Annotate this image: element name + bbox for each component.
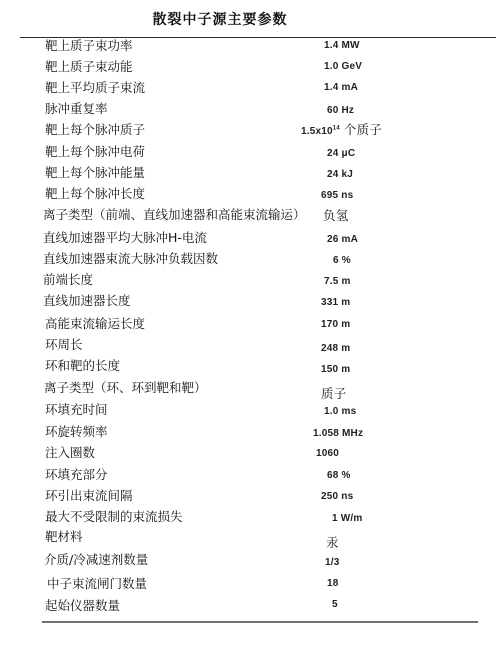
- parameter-value: 250 ns: [321, 487, 353, 507]
- table-row: 环填充时间 1.0 ms: [0, 400, 496, 420]
- table-row: 靶上质子束功率 1.4 MW: [0, 36, 496, 56]
- table-row: 介质/冷减速剂数量 1/3: [0, 550, 496, 570]
- parameter-value-unit: 个质子: [344, 122, 382, 137]
- parameter-value: 负氢: [323, 206, 348, 226]
- parameter-value: 1/3: [325, 553, 340, 573]
- parameter-label: 靶上质子束动能: [45, 57, 133, 77]
- parameter-value: 68 %: [327, 466, 351, 486]
- table-row: 离子类型（环、环到靶和靶） 质子: [0, 378, 496, 398]
- table-row: 直线加速器束流大脉冲负载因数 6 %: [0, 249, 496, 269]
- parameter-label: 靶上每个脉冲能量: [45, 163, 145, 183]
- parameter-label: 直线加速器束流大脉冲负载因数: [43, 249, 218, 269]
- parameter-label: 最大不受限制的束流损失: [45, 507, 183, 527]
- parameter-label: 环和靶的长度: [45, 356, 120, 376]
- table-bottom-rule: [42, 621, 478, 623]
- parameter-label: 靶上每个脉冲长度: [45, 184, 145, 204]
- parameter-value: 170 m: [321, 315, 350, 335]
- parameter-label: 介质/冷减速剂数量: [44, 550, 148, 570]
- parameter-label: 靶上质子束功率: [45, 36, 133, 56]
- table-row: 直线加速器长度 331 m: [0, 291, 496, 311]
- parameter-value: 331 m: [321, 293, 350, 313]
- table-row: 环周长 248 m: [0, 335, 496, 355]
- table-row: 靶上质子束动能 1.0 GeV: [0, 57, 496, 77]
- parameter-label: 环填充时间: [45, 400, 108, 420]
- table-row: 起始仪器数量 5: [0, 596, 496, 616]
- parameter-label: 直线加速器平均大脉冲H-电流: [43, 228, 207, 248]
- parameter-value: 1060: [316, 444, 339, 464]
- parameter-value: 6 %: [333, 251, 351, 271]
- table-row: 环填充部分 68 %: [0, 465, 496, 485]
- parameter-value-mantissa: 1.5x10: [301, 126, 333, 137]
- parameter-value: 5: [332, 595, 338, 615]
- parameter-label: 环旋转频率: [45, 422, 108, 442]
- parameter-value: 1.0 GeV: [324, 57, 362, 77]
- table-row: 环引出束流间隔 250 ns: [0, 486, 496, 506]
- table-row: 脉冲重复率 60 Hz: [0, 99, 496, 119]
- parameter-label: 靶上平均质子束流: [45, 78, 145, 98]
- parameter-value-exponent: 14: [333, 126, 340, 132]
- parameter-label: 靶上每个脉冲质子: [45, 120, 145, 140]
- parameter-label: 靶上每个脉冲电荷: [45, 142, 145, 162]
- table-row: 靶上平均质子束流 1.4 mA: [0, 78, 496, 98]
- parameter-value: 1 W/m: [332, 509, 362, 529]
- parameter-value: 1.058 MHz: [313, 424, 363, 444]
- table-row: 环旋转频率 1.058 MHz: [0, 422, 496, 442]
- table-row: 靶上每个脉冲能量 24 kJ: [0, 163, 496, 183]
- parameter-label: 直线加速器长度: [43, 291, 131, 311]
- parameter-value: 150 m: [321, 360, 350, 380]
- parameter-value: 24 kJ: [327, 165, 353, 185]
- parameter-value: 60 Hz: [327, 101, 354, 121]
- parameter-label: 离子类型（环、环到靶和靶）: [44, 378, 207, 398]
- table-row: 离子类型（前端、直线加速器和高能束流输运） 负氢: [0, 205, 496, 225]
- parameter-label: 环填充部分: [45, 465, 108, 485]
- table-row: 直线加速器平均大脉冲H-电流 26 mA: [0, 228, 496, 248]
- table-row: 中子束流闸门数量 18: [0, 574, 496, 594]
- parameter-value: 26 mA: [327, 230, 358, 250]
- parameter-label: 脉冲重复率: [45, 99, 108, 119]
- parameter-value: 695 ns: [321, 186, 353, 206]
- parameter-label: 前端长度: [43, 270, 93, 290]
- table-row: 靶材料 汞: [0, 530, 496, 550]
- table-row: 靶上每个脉冲长度 695 ns: [0, 184, 496, 204]
- parameter-value: 24 μC: [327, 144, 355, 164]
- parameter-value: 1.5x1014个质子: [301, 120, 382, 142]
- parameter-label: 靶材料: [45, 527, 83, 547]
- parameter-value: 1.4 mA: [324, 78, 358, 98]
- parameter-label: 高能束流输运长度: [45, 314, 145, 334]
- parameter-label: 环引出束流间隔: [45, 486, 133, 506]
- parameter-label: 离子类型（前端、直线加速器和高能束流输运）: [43, 205, 306, 225]
- parameter-label: 注入圈数: [45, 443, 95, 463]
- table-row: 注入圈数 1060: [0, 443, 496, 463]
- table-row: 靶上每个脉冲电荷 24 μC: [0, 142, 496, 162]
- table-row: 最大不受限制的束流损失 1 W/m: [0, 507, 496, 527]
- parameter-label: 起始仪器数量: [45, 596, 120, 616]
- parameter-value: 1.4 MW: [324, 36, 360, 56]
- parameter-label: 环周长: [45, 335, 83, 355]
- parameter-value: 18: [327, 574, 339, 594]
- page-title: 散裂中子源主要参数: [140, 10, 300, 30]
- table-row: 高能束流输运长度 170 m: [0, 314, 496, 334]
- parameter-value: 7.5 m: [324, 272, 351, 292]
- parameter-value: 1.0 ms: [324, 402, 356, 422]
- table-row: 前端长度 7.5 m: [0, 270, 496, 290]
- parameter-label: 中子束流闸门数量: [47, 574, 147, 594]
- table-row: 靶上每个脉冲质子 1.5x1014个质子: [0, 120, 496, 140]
- table-row: 环和靶的长度 150 m: [0, 356, 496, 376]
